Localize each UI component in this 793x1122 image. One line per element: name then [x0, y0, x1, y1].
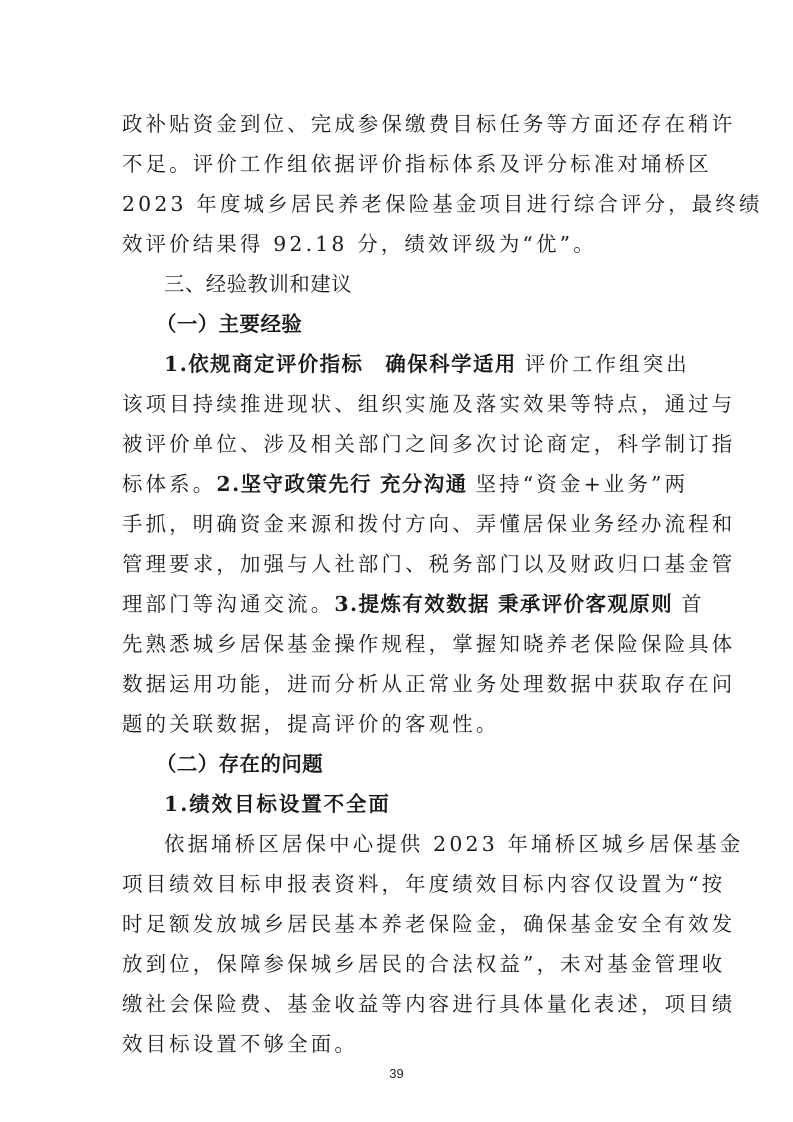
paragraph-line: 管理要求，加强与人社部门、税务部门以及财政归口基金管 — [122, 544, 674, 584]
paragraph-line: 缴社会保险费、基金收益等内容进行具体量化表述，项目绩 — [122, 984, 674, 1024]
problem-item-paragraph: 依据埇桥区居保中心提供 2023 年埇桥区城乡居保基金 项目绩效目标申报表资料，… — [122, 824, 674, 1064]
subsection-heading-existing-problems: （二）存在的问题 — [122, 744, 674, 784]
paragraph-line: 数据运用功能，进而分析从正常业务处理数据中获取存在问 — [122, 664, 674, 704]
main-experience-paragraph: 1.依规商定评价指标确保科学适用评价工作组突出 该项目持续推进现状、组织实施及落… — [122, 344, 674, 744]
section-heading: 三、经验教训和建议 — [122, 264, 674, 304]
bold-item-subtitle: 秉承评价客观原则 — [498, 592, 673, 616]
bold-item-title: 3.提炼有效数据 — [334, 592, 490, 616]
paragraph-line: 手抓，明确资金来源和拨付方向、弄懂居保业务经办流程和 — [122, 504, 674, 544]
paragraph-text: 标体系。 — [122, 472, 216, 496]
paragraph-line: 放到位，保障参保城乡居民的合法权益”，未对基金管理收 — [122, 944, 674, 984]
intro-paragraph: 政补贴资金到位、完成参保缴费目标任务等方面还存在稍许 不足。评价工作组依据评价指… — [122, 104, 674, 264]
page-number: 39 — [0, 1066, 793, 1081]
paragraph-line: 效评价结果得 92.18 分，绩效评级为“优”。 — [122, 224, 674, 264]
paragraph-line: 题的关联数据，提高评价的客观性。 — [122, 704, 674, 744]
paragraph-line: 标体系。2.坚守政策先行充分沟通坚持“资金+业务”两 — [122, 464, 674, 504]
bold-item-subtitle: 充分沟通 — [380, 472, 468, 496]
paragraph-line: 不足。评价工作组依据评价指标体系及评分标准对埇桥区 — [122, 144, 674, 184]
paragraph-text: 理部门等沟通交流。 — [122, 592, 334, 616]
paragraph-line: 该项目持续推进现状、组织实施及落实效果等特点，通过与 — [122, 384, 674, 424]
subsection-heading-main-experience: （一）主要经验 — [122, 304, 674, 344]
paragraph-line: 时足额发放城乡居民基本养老保险金，确保基金安全有效发 — [122, 904, 674, 944]
paragraph-line: 政补贴资金到位、完成参保缴费目标任务等方面还存在稍许 — [122, 104, 674, 144]
bold-item-subtitle: 确保科学适用 — [385, 352, 516, 376]
paragraph-line: 2023 年度城乡居民养老保险基金项目进行综合评分，最终绩 — [122, 184, 674, 224]
paragraph-line: 理部门等沟通交流。3.提炼有效数据秉承评价客观原则首 — [122, 584, 674, 624]
paragraph-line: 先熟悉城乡居保基金操作规程，掌握知晓养老保险保险具体 — [122, 624, 674, 664]
paragraph-line: 项目绩效目标申报表资料，年度绩效目标内容仅设置为“按 — [122, 864, 674, 904]
paragraph-line: 被评价单位、涉及相关部门之间多次讨论商定，科学制订指 — [122, 424, 674, 464]
paragraph-text: 首 — [681, 592, 705, 616]
paragraph-text: 评价工作组突出 — [525, 352, 690, 376]
paragraph-line: 依据埇桥区居保中心提供 2023 年埇桥区城乡居保基金 — [122, 824, 674, 864]
document-page: 政补贴资金到位、完成参保缴费目标任务等方面还存在稍许 不足。评价工作组依据评价指… — [122, 104, 674, 1064]
paragraph-line: 效目标设置不够全面。 — [122, 1024, 674, 1064]
bold-item-title: 1.依规商定评价指标 — [164, 352, 363, 376]
bold-item-title: 2.坚守政策先行 — [216, 472, 372, 496]
paragraph-line: 1.依规商定评价指标确保科学适用评价工作组突出 — [122, 344, 674, 384]
paragraph-text: 坚持“资金+业务”两 — [476, 472, 689, 496]
problem-item-heading: 1.绩效目标设置不全面 — [122, 784, 674, 824]
